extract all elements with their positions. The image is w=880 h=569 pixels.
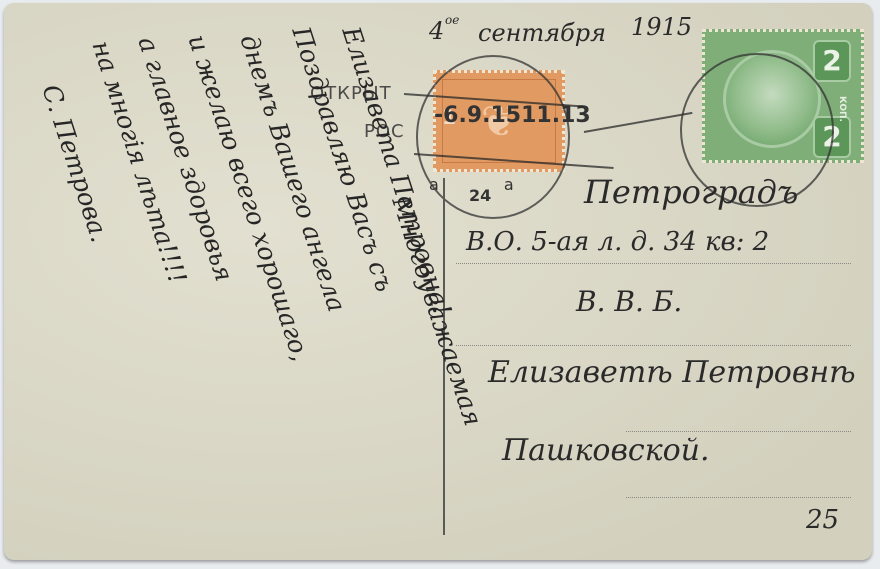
address-district: В. В. Б. bbox=[576, 285, 682, 318]
green-stamp-denomination-top: 2 bbox=[813, 40, 851, 82]
address-line bbox=[456, 263, 851, 264]
address-surname: Пашковской. bbox=[502, 433, 710, 468]
green-stamp-unit: КОП. bbox=[837, 96, 847, 122]
date-day-suffix: ое bbox=[445, 13, 459, 27]
date-year: 1915 bbox=[631, 13, 692, 41]
address-line bbox=[626, 497, 851, 498]
cancel-line bbox=[584, 112, 693, 133]
date-month: сентября bbox=[478, 19, 606, 47]
address-number: 25 bbox=[806, 505, 839, 535]
handwritten-message: Многоуважаемая Елизавета Петровна! Поздр… bbox=[14, 13, 444, 558]
message-signature: С. Петрова. bbox=[36, 81, 114, 246]
address-city: Петроградъ bbox=[584, 173, 798, 211]
address-recipient: Елизаветѣ Петровнѣ bbox=[488, 355, 856, 390]
postmark-date-value: 6.9.15 bbox=[443, 103, 521, 128]
address-line bbox=[626, 431, 851, 432]
address-street: В.О. 5-ая л. д. 34 кв: 2 bbox=[466, 227, 769, 257]
postmark-date: -6.9.1511.13 bbox=[434, 103, 591, 128]
postcard: ОТКРЫТ РОС 4 ое сентября 1915 ❦ 1 2 2 КО… bbox=[4, 3, 872, 560]
address-line bbox=[456, 345, 851, 346]
